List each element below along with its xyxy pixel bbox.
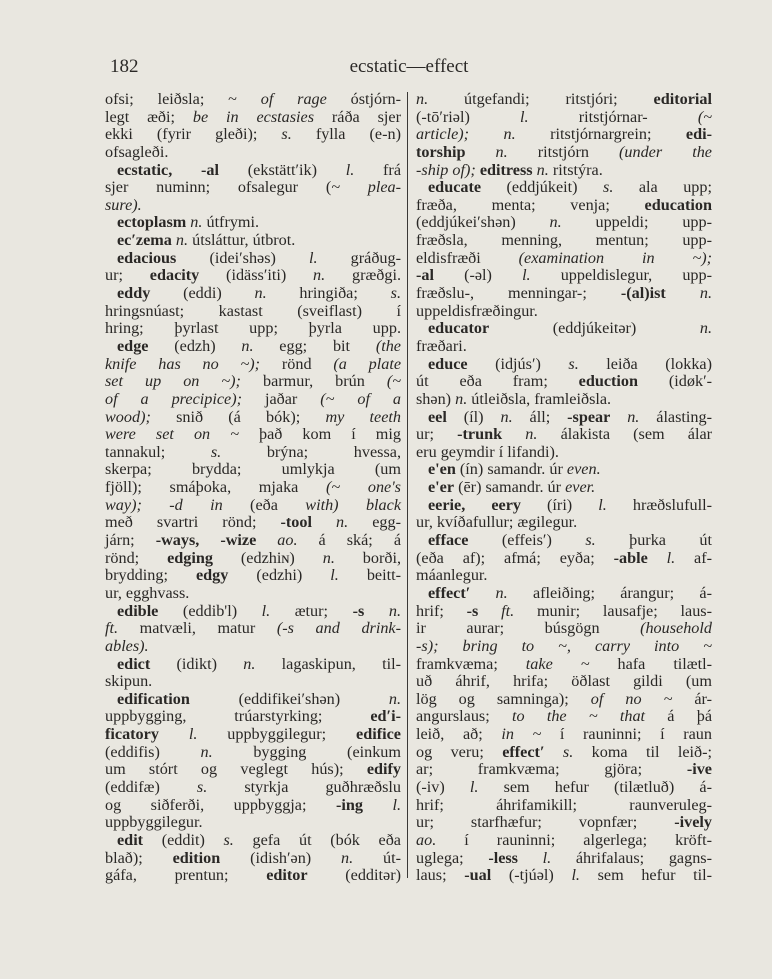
italic-text: l. <box>346 161 355 179</box>
definition-text: (idei′shəs) <box>176 249 309 267</box>
definition-text: (eddib'l) <box>158 602 261 620</box>
headword: eel <box>428 408 447 426</box>
italic-text: my teeth <box>325 408 401 426</box>
italic-text: l. <box>330 566 339 584</box>
italic-text: ft. <box>105 619 118 637</box>
text-line: um stórt og veglegt hús); edify <box>105 761 401 779</box>
text-line: ectoplasm n. útfrymi. <box>105 214 401 232</box>
headword: -s <box>467 602 479 620</box>
text-line: uð áhrif, hrifa; öðlast gildi (um <box>416 673 712 691</box>
text-line: edacious (idei′shəs) l. gráðug- <box>105 250 401 268</box>
definition-text: (-iv) <box>416 778 470 796</box>
italic-text: s. <box>585 531 595 549</box>
definition-text <box>465 143 495 161</box>
text-line: n. útgefandi; ritstjóri; editorial <box>416 91 712 109</box>
definition-text: það kom í mig <box>239 425 401 443</box>
definition-text: styrkja guðhræðslu <box>207 778 401 796</box>
text-line: ur, kvíðafullur; ægilegur. <box>416 514 712 532</box>
headword: edict <box>117 655 150 673</box>
text-line: wood); snið (á bók); my teeth <box>105 409 401 427</box>
definition-text: (idøk′- <box>638 372 712 390</box>
definition-text: ofsi; leiðsla; ~ <box>105 90 261 108</box>
headword: edi- <box>686 125 712 143</box>
text-line: edit (eddit) s. gefa út (bók eða <box>105 832 401 850</box>
italic-text: n. <box>176 231 188 249</box>
italic-text: l. <box>262 602 271 620</box>
definition-text: rönd <box>260 355 333 373</box>
definition-text <box>518 849 543 867</box>
italic-text: (~ <box>698 108 712 126</box>
italic-text: knife has no ~); <box>105 355 260 373</box>
definition-text: gefa út (bók eða <box>234 831 401 849</box>
headword: -ing <box>336 796 363 814</box>
text-line: sjer numinn; ofsalegur (~ plea- <box>105 179 401 197</box>
text-line: með svartri rönd; -tool n. egg- <box>105 514 401 532</box>
italic-text: n. <box>323 549 335 567</box>
headword: -less <box>488 849 518 867</box>
definition-text: á ská; á <box>298 531 401 549</box>
definition-text: ætur; <box>270 602 352 620</box>
text-line: eerie, eery (íri) l. hræðslufull- <box>416 497 712 515</box>
text-line: e'er (ēr) samandr. úr ever. <box>416 479 712 497</box>
definition-text <box>470 584 495 602</box>
definition-text: (-tjúəl) <box>491 866 571 884</box>
italic-text: n. <box>700 319 712 337</box>
headword: ecstatic, -al <box>117 161 219 179</box>
italic-text: -ship of); <box>416 161 476 179</box>
definition-text <box>610 408 627 426</box>
italic-text: n. <box>700 284 712 302</box>
definition-text <box>159 725 189 743</box>
headword: efface <box>428 531 468 549</box>
text-line: -s); bring to ~, carry into ~ <box>416 638 712 656</box>
text-line: e'en (ín) samandr. úr even. <box>416 461 712 479</box>
text-line: framkvæma; take ~ hafa tilætl- <box>416 656 712 674</box>
definition-text: (idäss′iti) <box>199 266 313 284</box>
text-line: máanlegur. <box>416 567 712 585</box>
text-line: uppbyggilegur. <box>105 814 401 832</box>
definition-text: snið (á bók); <box>151 408 326 426</box>
italic-text: n. <box>500 408 512 426</box>
definition-text: fjöll); smáþoka, mjaka <box>105 478 326 496</box>
text-line: edict (idikt) n. lagaskipun, til- <box>105 656 401 674</box>
text-line: hrif; -s ft. munir; lausafje; laus- <box>416 603 712 621</box>
headword: edit <box>117 831 143 849</box>
italic-text: article); <box>416 125 469 143</box>
headword: ec′zema <box>117 231 172 249</box>
definition-text <box>478 602 501 620</box>
definition-text: hrif; áhrifamikill; raunveruleg- <box>416 796 712 814</box>
italic-text: were set on ~ <box>105 425 239 443</box>
text-line: edible (eddib'l) l. ætur; -s n. <box>105 603 401 621</box>
text-line: tannakul; s. brýna; hvessa, <box>105 444 401 462</box>
headword: e'en <box>428 460 456 478</box>
italic-text: n. <box>525 425 537 443</box>
text-line: shən) n. útleiðsla, framleiðsla. <box>416 391 712 409</box>
italic-text: l. <box>309 249 318 267</box>
italic-text: n. <box>550 213 562 231</box>
text-line: efface (effeis′) s. þurka út <box>416 532 712 550</box>
text-line: eldisfræði (examination in ~); <box>416 250 712 268</box>
italic-text: to the ~ that <box>512 707 645 725</box>
definition-text: áll; <box>513 408 568 426</box>
definition-text: fræðslu-, menningar-; <box>416 284 621 302</box>
definition-text: hring; þyrlast upp; þyrla upp. <box>105 319 401 337</box>
text-line: ecstatic, -al (ekstätt′ik) l. frá <box>105 162 401 180</box>
italic-text: n. <box>255 284 267 302</box>
italic-text: n. <box>389 690 401 708</box>
text-line: torship n. ritstjórn (under the <box>416 144 712 162</box>
definition-text: (edzh) <box>148 337 241 355</box>
text-line: eel (íl) n. áll; -spear n. álasting- <box>416 409 712 427</box>
text-line: educate (eddjúkeit) s. ala upp; <box>416 179 712 197</box>
definition-text: uð áhrif, hrifa; öðlast gildi (um <box>416 672 712 690</box>
definition-text: laus; <box>416 866 464 884</box>
definition-text: (edzhiɴ) <box>213 549 323 567</box>
definition-text: (eddifæ) <box>105 778 197 796</box>
headword: e'er <box>428 478 454 496</box>
headword: torship <box>416 143 465 161</box>
definition-text: brydding; <box>105 566 196 584</box>
headword: editorial <box>654 90 712 108</box>
definition-text: (idish′ən) <box>220 849 341 867</box>
italic-text: s. <box>391 284 401 302</box>
definition-text: (eddjúkeitər) <box>489 319 700 337</box>
left-column: ofsi; leiðsla; ~ of rage óstjórn-legt æð… <box>105 91 401 885</box>
italic-text: of rage <box>261 90 327 108</box>
definition-text <box>545 743 563 761</box>
italic-text: ao. <box>416 831 436 849</box>
definition-text <box>364 602 389 620</box>
italic-text: (~ of a <box>320 390 401 408</box>
italic-text: -s); bring to ~, carry into ~ <box>416 637 712 655</box>
text-line: hringsnúast; kastast (sveiflast) í <box>105 303 401 321</box>
text-line: fjöll); smáþoka, mjaka (~ one's <box>105 479 401 497</box>
definition-text: uppbygging, trúarstyrking; <box>105 707 370 725</box>
headword: edifice <box>356 725 401 743</box>
text-line: ec′zema n. útsláttur, útbrot. <box>105 232 401 250</box>
definition-text: ritstýra. <box>549 161 603 179</box>
definition-text: hringiða; <box>267 284 391 302</box>
text-line: ar; framkvæma; gjöra; -ive <box>416 761 712 779</box>
definition-text: ráða sjer <box>314 108 401 126</box>
italic-text: n. <box>241 337 253 355</box>
definition-text: ur; starfhæfur; vopnfær; <box>416 813 674 831</box>
definition-text: ur; <box>105 266 150 284</box>
definition-text <box>648 549 667 567</box>
text-line: ir aurar; búsgögn (household <box>416 620 712 638</box>
text-line: laus; -ual (-tjúəl) l. sem hefur til- <box>416 867 712 885</box>
definition-text: af- <box>675 549 712 567</box>
definition-text: járn; <box>105 531 156 549</box>
text-line: were set on ~ það kom í mig <box>105 426 401 444</box>
headword: -able <box>614 549 648 567</box>
text-line: og veru; effect′ s. koma til leið-; <box>416 744 712 762</box>
text-line: legt æði; be in ecstasies ráða sjer <box>105 109 401 127</box>
definition-text: munir; lausafje; laus- <box>514 602 712 620</box>
dictionary-page: 182 ecstatic—effect ofsi; leiðsla; ~ of … <box>0 0 772 979</box>
definition-text: egg; bit <box>254 337 376 355</box>
italic-text: (a plate <box>333 355 401 373</box>
definition-text: uppeldisfræðingur. <box>416 302 538 320</box>
italic-text: way); -d in <box>105 496 223 514</box>
headword: edge <box>117 337 148 355</box>
text-line: effect′ n. afleiðing; árangur; á- <box>416 585 712 603</box>
text-line: (eða af); afmá; eyða; -able l. af- <box>416 550 712 568</box>
definition-text: eldisfræði <box>416 249 519 267</box>
italic-text: n. <box>336 513 348 531</box>
italic-text: s. <box>197 778 207 796</box>
text-line: rönd; edging (edzhiɴ) n. borði, <box>105 550 401 568</box>
definition-text: (eddifis) <box>105 743 201 761</box>
page-header: 182 ecstatic—effect <box>106 56 712 80</box>
italic-text: n. <box>341 849 353 867</box>
text-line: uglega; -less l. áhrifalaus; gagns- <box>416 850 712 868</box>
text-line: leið, að; in ~ í rauninni; í raun <box>416 726 712 744</box>
italic-text: sure). <box>105 196 142 214</box>
italic-text: n. <box>504 125 516 143</box>
definition-text: og siðferði, uppbyggja; <box>105 796 336 814</box>
headword: editor <box>266 866 307 884</box>
text-line: eru geymdir í lifandi). <box>416 444 712 462</box>
headword: ficatory <box>105 725 159 743</box>
text-line: ofsagleði. <box>105 144 401 162</box>
text-line: sure). <box>105 197 401 215</box>
definition-text: uglega; <box>416 849 488 867</box>
definition-text: sjer numinn; ofsalegur ( <box>105 178 331 196</box>
headword: education <box>645 196 712 214</box>
text-line: -ship of); editress n. ritstýra. <box>416 162 712 180</box>
text-line: blað); edition (idish′ən) n. út- <box>105 850 401 868</box>
definition-text: uppbyggilegur. <box>105 813 203 831</box>
definition-text: (íri) <box>521 496 598 514</box>
definition-text: með svartri rönd; <box>105 513 281 531</box>
definition-text: sem hefur til- <box>580 866 712 884</box>
definition-text: þurka út <box>596 531 712 549</box>
text-line: (-iv) l. sem hefur (tilætluð) á- <box>416 779 712 797</box>
text-line: edification (eddifikei′shən) n. <box>105 691 401 709</box>
text-line: eddy (eddi) n. hringiða; s. <box>105 285 401 303</box>
definition-text: græðgi. <box>325 266 401 284</box>
headword: eddy <box>117 284 150 302</box>
definition-text: blað); <box>105 849 173 867</box>
italic-text: (~ one's <box>326 478 401 496</box>
definition-text: fræðsla, menning, mentun; upp- <box>416 231 712 249</box>
headword: -tool <box>281 513 312 531</box>
italic-text: n. <box>416 90 428 108</box>
italic-text: l. <box>520 108 529 126</box>
text-line: skipun. <box>105 673 401 691</box>
text-line: ur; starfhæfur; vopnfær; -ively <box>416 814 712 832</box>
headword: eduction <box>579 372 638 390</box>
italic-text: n. <box>201 743 213 761</box>
text-line: hrif; áhrifamikill; raunveruleg- <box>416 797 712 815</box>
definition-text: (eddi) <box>150 284 254 302</box>
definition-text: máanlegur. <box>416 566 487 584</box>
italic-text: n. <box>455 390 467 408</box>
definition-text: ar; framkvæma; gjöra; <box>416 760 687 778</box>
definition-text: frá <box>354 161 401 179</box>
headword: edging <box>167 549 213 567</box>
text-line: (eddifis) n. bygging (einkum <box>105 744 401 762</box>
definition-text: brýna; hvessa, <box>221 443 401 461</box>
right-column: n. útgefandi; ritstjóri; editorial(-tō′r… <box>416 91 712 885</box>
definition-text: angurslaus; <box>416 707 512 725</box>
italic-text: ever. <box>565 478 595 496</box>
definition-text: fylla (e-n) <box>292 125 401 143</box>
italic-text: be in ecstasies <box>193 108 314 126</box>
headword: ed′i- <box>370 707 401 725</box>
headword: edible <box>117 602 158 620</box>
definition-text: (-tō′riəl) <box>416 108 520 126</box>
italic-text: (the <box>376 337 401 355</box>
text-line: ur; edacity (idäss′iti) n. græðgi. <box>105 267 401 285</box>
definition-text: jaðar <box>242 390 320 408</box>
headword: -ive <box>687 760 712 778</box>
definition-text: (idjús′) <box>468 355 569 373</box>
definition-text: (ēr) samandr. úr <box>454 478 565 496</box>
definition-text <box>363 796 392 814</box>
definition-text: um stórt og veglegt hús); <box>105 760 367 778</box>
text-line: (-tō′riəl) l. ritstjórnar- (~ <box>416 109 712 127</box>
definition-text: matvæli, matur <box>118 619 277 637</box>
definition-text: gráðug- <box>318 249 401 267</box>
text-line: angurslaus; to the ~ that á þá <box>416 708 712 726</box>
text-line: article); n. ritstjórnargrein; edi- <box>416 126 712 144</box>
text-line: of a precipice); jaðar (~ of a <box>105 391 401 409</box>
definition-text: ár- <box>672 690 712 708</box>
definition-text: áhrifalaus; gagns- <box>551 849 712 867</box>
text-line: og siðferði, uppbyggja; -ing l. <box>105 797 401 815</box>
definition-text: útleiðsla, framleiðsla. <box>467 390 611 408</box>
headword: educate <box>428 178 481 196</box>
italic-text: ft. <box>501 602 514 620</box>
text-line: knife has no ~); rönd (a plate <box>105 356 401 374</box>
definition-text: fræða, menta; venja; <box>416 196 645 214</box>
definition-text: í rauninni; algerlega; kröft- <box>436 831 712 849</box>
italic-text: ao. <box>277 531 297 549</box>
italic-text: s. <box>211 443 221 461</box>
italic-text: n. <box>389 602 401 620</box>
definition-text: fræðari. <box>416 337 467 355</box>
definition-text: hrif; <box>416 602 467 620</box>
text-line: -al (-əl) l. uppeldislegur, upp- <box>416 267 712 285</box>
definition-text: bygging (einkum <box>213 743 401 761</box>
text-line: uppbygging, trúarstyrking; ed′i- <box>105 708 401 726</box>
italic-text: n. <box>496 143 508 161</box>
italic-text: l. <box>667 549 676 567</box>
text-line: educator (eddjúkeitər) n. <box>416 320 712 338</box>
definition-text: skipun. <box>105 672 152 690</box>
italic-text: with) black <box>305 496 401 514</box>
definition-text: leið, að; <box>416 725 501 743</box>
italic-text: n. <box>190 213 202 231</box>
headword: editress <box>480 161 533 179</box>
definition-text: ritstjórnargrein; <box>516 125 686 143</box>
definition-text: egg- <box>348 513 401 531</box>
definition-text: (eddit) <box>143 831 223 849</box>
italic-text: s. <box>603 178 613 196</box>
headword: edgy <box>196 566 228 584</box>
definition-text: hringsnúast; kastast (sveiflast) í <box>105 302 401 320</box>
text-line: way); -d in (eða with) black <box>105 497 401 515</box>
definition-text: á þá <box>645 707 712 725</box>
italic-text: (~ <box>387 372 401 390</box>
definition-text: gáfa, prentun; <box>105 866 266 884</box>
definition-text: lagaskipun, til- <box>255 655 401 673</box>
definition-text: (eddjúkei′shən) <box>416 213 550 231</box>
definition-text: (ín) samandr. úr <box>456 460 567 478</box>
italic-text: n. <box>496 584 508 602</box>
text-line: ables). <box>105 638 401 656</box>
definition-text: lög og samninga); <box>416 690 591 708</box>
definition-text: koma til leið-; <box>573 743 712 761</box>
definition-text: ur; <box>416 425 457 443</box>
italic-text: n. <box>243 655 255 673</box>
text-line: ofsi; leiðsla; ~ of rage óstjórn- <box>105 91 401 109</box>
text-line: fræðslu-, menningar-; -(al)ist n. <box>416 285 712 303</box>
italic-text: n. <box>627 408 639 426</box>
text-line: ao. í rauninni; algerlega; kröft- <box>416 832 712 850</box>
italic-text: even. <box>567 460 601 478</box>
text-line: ur, egghvass. <box>105 585 401 603</box>
headword: edacity <box>150 266 199 284</box>
italic-text: ables). <box>105 637 149 655</box>
text-line: lög og samninga); of no ~ ár- <box>416 691 712 709</box>
column-divider <box>407 92 408 878</box>
italic-text: in ~ <box>501 725 541 743</box>
text-line: uppeldisfræðingur. <box>416 303 712 321</box>
text-line: fræða, menta; venja; education <box>416 197 712 215</box>
definition-text: (eddjúkeit) <box>481 178 603 196</box>
definition-text: uppbyggilegur; <box>197 725 356 743</box>
definition-text: eru geymdir í lifandi). <box>416 443 559 461</box>
text-line: út eða fram; eduction (idøk′- <box>416 373 712 391</box>
definition-text: sem hefur (tilætluð) á- <box>478 778 712 796</box>
definition-text: leiða (lokka) <box>579 355 712 373</box>
text-line: (eddjúkei′shən) n. uppeldi; upp- <box>416 214 712 232</box>
italic-text: take ~ <box>526 655 590 673</box>
headword: -al <box>416 266 434 284</box>
italic-text: s. <box>224 831 234 849</box>
text-line: skerpa; brydda; umlykja (um <box>105 461 401 479</box>
headword: ectoplasm <box>117 213 186 231</box>
definition-text <box>256 531 277 549</box>
definition-text <box>312 513 336 531</box>
definition-text: (íl) <box>447 408 501 426</box>
headword: eerie, eery <box>428 496 521 514</box>
definition-text: hræðslufull- <box>607 496 712 514</box>
italic-text: of a precipice); <box>105 390 242 408</box>
text-line: ur; -trunk n. álakista (sem álar <box>416 426 712 444</box>
definition-text: útsláttur, útbrot. <box>188 231 295 249</box>
headword: -ual <box>464 866 491 884</box>
definition-text: barmur, brún <box>241 372 387 390</box>
definition-text: legt æði; <box>105 108 193 126</box>
text-line: (eddifæ) s. styrkja guðhræðslu <box>105 779 401 797</box>
headword: -s <box>353 602 365 620</box>
definition-text: ur, kvíðafullur; ægilegur. <box>416 513 577 531</box>
italic-text: n. <box>537 161 549 179</box>
text-line: fræðari. <box>416 338 712 356</box>
running-head: ecstatic—effect <box>106 56 712 78</box>
definition-text: afleiðing; árangur; á- <box>508 584 712 602</box>
italic-text: s. <box>563 743 573 761</box>
headword: edify <box>367 760 401 778</box>
headword: -(al)ist <box>621 284 666 302</box>
definition-text: hafa tilætl- <box>590 655 713 673</box>
definition-text: uppeldi; upp- <box>562 213 712 231</box>
